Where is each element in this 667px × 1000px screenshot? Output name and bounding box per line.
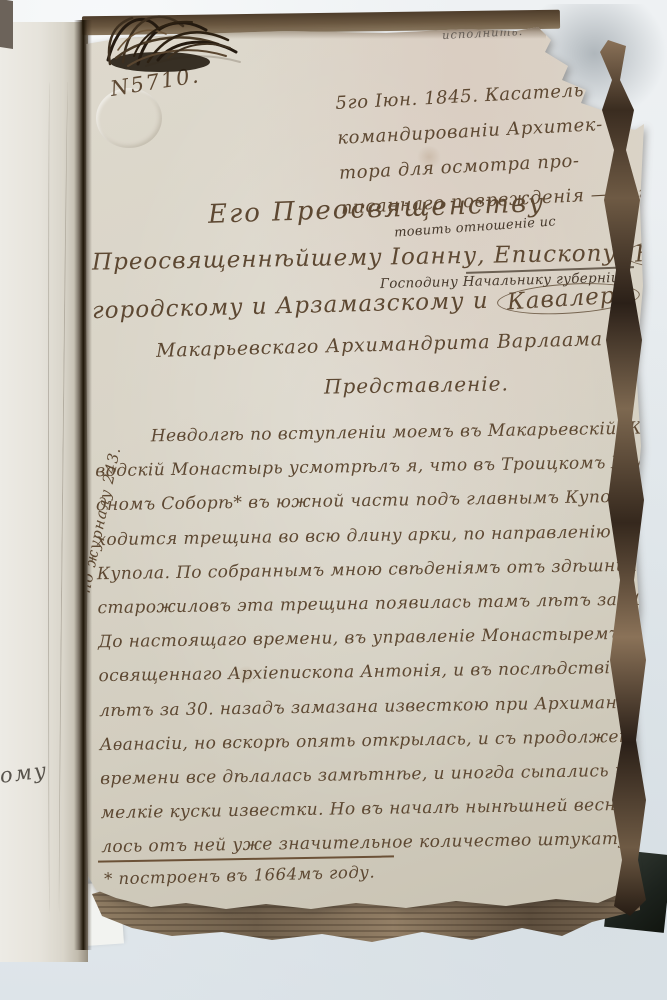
manuscript-page: N5710. исполнить. 20. 5го Іюн. 1845. Кас…	[86, 26, 644, 912]
gutter-shadow	[74, 20, 92, 950]
address-line-3-text: городскому и Арзамазскому и	[92, 288, 498, 325]
top-edge-note: исполнить.	[442, 24, 524, 42]
manuscript-page-wrap: N5710. исполнить. 20. 5го Іюн. 1845. Кас…	[86, 26, 644, 912]
adjacent-page-text-fragment: ному	[0, 758, 49, 790]
sender-line: Макарьевскаго Архимандрита Варлаама	[156, 328, 603, 362]
leaf-number: 20.	[567, 63, 597, 86]
body-text: Невдолгѣ по вступленіи моемъ въ Макарьев…	[95, 412, 636, 865]
archival-manuscript-photo: ному N5710. исполнить. 20. 5го Іюн. 1845…	[0, 0, 667, 1000]
address-line-3: городскому и Арзамазскому и Кавалеру	[92, 282, 641, 326]
page-crease	[58, 82, 70, 912]
frayed-threads-icon	[88, 0, 258, 82]
footnote-text: * построенъ въ 1664мъ году.	[104, 862, 376, 888]
document-type-title: Представленіе.	[324, 371, 509, 398]
binding-edge-sliver	[0, 0, 13, 49]
page-crease	[48, 82, 51, 912]
